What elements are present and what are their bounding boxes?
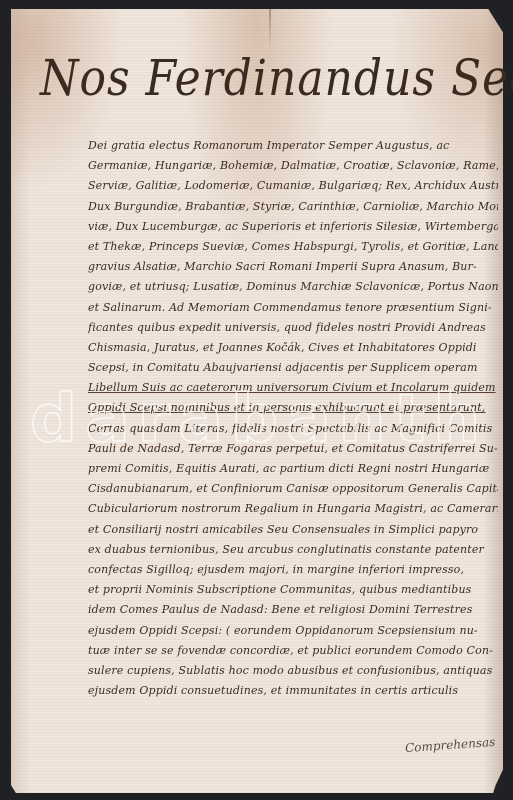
manuscript-line-text: Cubiculariorum nostrorum Regalium in Hun… <box>88 502 498 515</box>
manuscript-line-text: et Thekæ, Princeps Sueviæ, Comes Habspur… <box>88 240 498 253</box>
manuscript-line-text: ejusdem Oppidi Scepsi: ( eorundem Oppida… <box>88 624 478 637</box>
paper-fold <box>269 9 271 49</box>
manuscript-line-text: et Consiliarij nostri amicabiles Seu Con… <box>88 523 478 536</box>
manuscript-line-text: tuæ inter se se fovendæ concordiæ, et pu… <box>88 644 493 657</box>
manuscript-line: Cubiculariorum nostrorum Regalium in Hun… <box>88 499 498 519</box>
manuscript-line-text: premi Comitis, Equitis Aurati, ac partiu… <box>88 462 489 475</box>
manuscript-line: et proprii Nominis Subscriptione Communi… <box>88 580 498 600</box>
manuscript-line: et Thekæ, Princeps Sueviæ, Comes Habspur… <box>88 237 498 257</box>
manuscript-line: Germaniæ, Hungariæ, Bohemiæ, Dalmatiæ, C… <box>88 156 498 176</box>
manuscript-line-text: Certas quasdam Literas, fidelis nostri S… <box>88 422 492 435</box>
manuscript-line: Cisdanubianarum, et Confiniorum Canisæ o… <box>88 479 498 499</box>
manuscript-line-text: sulere cupiens, Sublatis hoc modo abusib… <box>88 664 492 677</box>
manuscript-line: ex duabus ternionibus, Seu arcubus congl… <box>88 540 498 560</box>
manuscript-line-text: Libellum Suis ac caeterorum universorum … <box>88 381 496 394</box>
manuscript-line: Pauli de Nadasd, Terræ Fogaras perpetui,… <box>88 439 498 459</box>
manuscript-line-text: Dux Burgundiæ, Brabantiæ, Styriæ, Carint… <box>88 200 498 213</box>
manuscript-line-text: et Salinarum. Ad Memoriam Commendamus te… <box>88 301 492 314</box>
manuscript-line: Dei gratia electus Romanorum Imperator S… <box>88 136 498 156</box>
manuscript-line: Libellum Suis ac caeterorum universorum … <box>88 378 498 398</box>
manuscript-line: ficantes quibus expedit universis, quod … <box>88 318 498 338</box>
manuscript-line-text: ex duabus ternionibus, Seu arcubus congl… <box>88 543 484 556</box>
manuscript-line: Certas quasdam Literas, fidelis nostri S… <box>88 419 498 439</box>
manuscript-line: ejusdem Oppidi consuetudines, et immunit… <box>88 681 498 701</box>
manuscript-line: Oppidi Scepsi nominibus et in personis e… <box>88 398 498 418</box>
document-scan: Nos Ferdinandus Secundus Dei gratia elec… <box>0 0 513 800</box>
manuscript-line: Scepsi, in Comitatu Abaujvariensi adjace… <box>88 358 498 378</box>
manuscript-line: confectas Sigilloq; ejusdem majori, in m… <box>88 560 498 580</box>
manuscript-line-text: ficantes quibus expedit universis, quod … <box>88 321 486 334</box>
manuscript-line: ejusdem Oppidi Scepsi: ( eorundem Oppida… <box>88 621 498 641</box>
manuscript-line: sulere cupiens, Sublatis hoc modo abusib… <box>88 661 498 681</box>
manuscript-line-text: Germaniæ, Hungariæ, Bohemiæ, Dalmatiæ, C… <box>88 159 498 172</box>
manuscript-line-text: Oppidi Scepsi nominibus et in personis e… <box>88 401 485 414</box>
manuscript-line-text: gravius Alsatiæ, Marchio Sacri Romani Im… <box>88 260 477 273</box>
manuscript-line: premi Comitis, Equitis Aurati, ac partiu… <box>88 459 498 479</box>
manuscript-line-text: Pauli de Nadasd, Terræ Fogaras perpetui,… <box>88 442 498 455</box>
manuscript-line: Chismasia, Juratus, et Joannes Kočák, Ci… <box>88 338 498 358</box>
manuscript-line: idem Comes Paulus de Nadasd: Bene et rel… <box>88 600 498 620</box>
manuscript-line: viæ, Dux Lucemburgæ, ac Superioris et in… <box>88 217 498 237</box>
manuscript-line: et Salinarum. Ad Memoriam Commendamus te… <box>88 298 498 318</box>
manuscript-line: goviæ, et utriusq; Lusatiæ, Dominus Marc… <box>88 277 498 297</box>
manuscript-line-text: ejusdem Oppidi consuetudines, et immunit… <box>88 684 458 697</box>
manuscript-body: Dei gratia electus Romanorum Imperator S… <box>88 136 498 701</box>
manuscript-line-text: et proprii Nominis Subscriptione Communi… <box>88 583 471 596</box>
manuscript-line-text: Serviæ, Galitiæ, Lodomeriæ, Cumaniæ, Bul… <box>88 179 498 192</box>
manuscript-line-text: Dei gratia electus Romanorum Imperator S… <box>88 139 450 152</box>
manuscript-line-text: Cisdanubianarum, et Confiniorum Canisæ o… <box>88 482 498 495</box>
manuscript-line: gravius Alsatiæ, Marchio Sacri Romani Im… <box>88 257 498 277</box>
manuscript-line-text: confectas Sigilloq; ejusdem majori, in m… <box>88 563 464 576</box>
document-heading: Nos Ferdinandus Secundus <box>40 50 500 107</box>
manuscript-line: et Consiliarij nostri amicabiles Seu Con… <box>88 520 498 540</box>
manuscript-line-text: goviæ, et utriusq; Lusatiæ, Dominus Marc… <box>88 280 498 293</box>
manuscript-line-text: viæ, Dux Lucemburgæ, ac Superioris et in… <box>88 220 498 233</box>
manuscript-line-text: Scepsi, in Comitatu Abaujvariensi adjace… <box>88 361 478 374</box>
manuscript-line: Dux Burgundiæ, Brabantiæ, Styriæ, Carint… <box>88 197 498 217</box>
manuscript-line: tuæ inter se se fovendæ concordiæ, et pu… <box>88 641 498 661</box>
manuscript-line: Serviæ, Galitiæ, Lodomeriæ, Cumaniæ, Bul… <box>88 176 498 196</box>
manuscript-line-text: idem Comes Paulus de Nadasd: Bene et rel… <box>88 603 472 616</box>
manuscript-line-text: Chismasia, Juratus, et Joannes Kočák, Ci… <box>88 341 477 354</box>
